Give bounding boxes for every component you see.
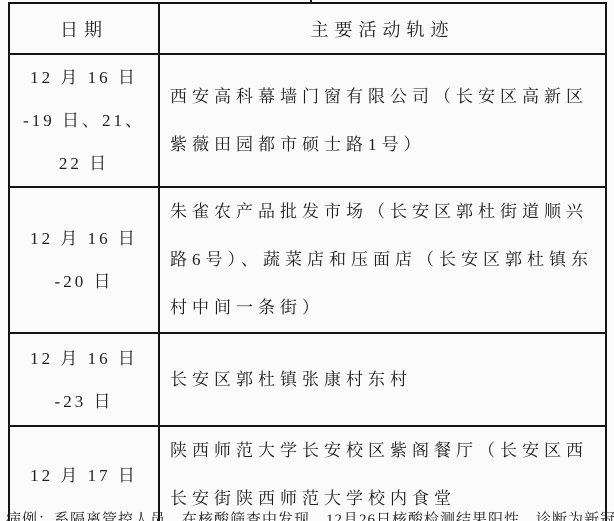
- clipped-caption-text: 病例：系隔离管控人员，在核酸筛查中发现，12月26日核酸检测结果阳性，诊断为新冠…: [6, 512, 614, 521]
- date-line: 22 日: [11, 142, 157, 185]
- date-cell: 12 月 17 日: [9, 426, 159, 521]
- date-line: -23 日: [11, 380, 157, 423]
- date-cell: 12 月 16 日 -20 日: [9, 187, 159, 333]
- date-cell: 12 月 16 日 -19 日、21、 22 日: [9, 54, 159, 187]
- table-row: 12 月 16 日 -23 日 长安区郭杜镇张康村东村: [9, 333, 606, 426]
- date-line: -19 日、21、: [11, 99, 157, 142]
- table-row: 12 月 16 日 -20 日 朱雀农产品批发市场（长安区郭杜街道顺兴路6号）、…: [9, 187, 606, 333]
- table-header-row: 日期 主要活动轨迹: [9, 3, 606, 54]
- screenshot-root: 日期 主要活动轨迹 12 月 16 日 -19 日、21、 22 日 西安高科幕…: [0, 0, 614, 521]
- activity-cell: 长安区郭杜镇张康村东村: [159, 333, 606, 426]
- date-line: 12 月 16 日: [11, 217, 157, 260]
- table-row: 12 月 17 日 陕西师范大学长安校区紫阁餐厅（长安区西长安街陕西师范大学校内…: [9, 426, 606, 521]
- activity-track-table: 日期 主要活动轨迹 12 月 16 日 -19 日、21、 22 日 西安高科幕…: [8, 2, 607, 521]
- date-cell: 12 月 16 日 -23 日: [9, 333, 159, 426]
- header-date: 日期: [9, 3, 159, 54]
- activity-cell: 西安高科幕墙门窗有限公司（长安区高新区紫薇田园都市硕士路1号）: [159, 54, 606, 187]
- date-line: 12 月 17 日: [11, 454, 157, 497]
- header-activity: 主要活动轨迹: [159, 3, 606, 54]
- activity-cell: 朱雀农产品批发市场（长安区郭杜街道顺兴路6号）、蔬菜店和压面店（长安区郭杜镇东村…: [159, 187, 606, 333]
- date-line: 12 月 16 日: [11, 56, 157, 99]
- date-line: -20 日: [11, 260, 157, 303]
- table-row: 12 月 16 日 -19 日、21、 22 日 西安高科幕墙门窗有限公司（长安…: [9, 54, 606, 187]
- activity-cell: 陕西师范大学长安校区紫阁餐厅（长安区西长安街陕西师范大学校内食堂: [159, 426, 606, 521]
- date-line: 12 月 16 日: [11, 337, 157, 380]
